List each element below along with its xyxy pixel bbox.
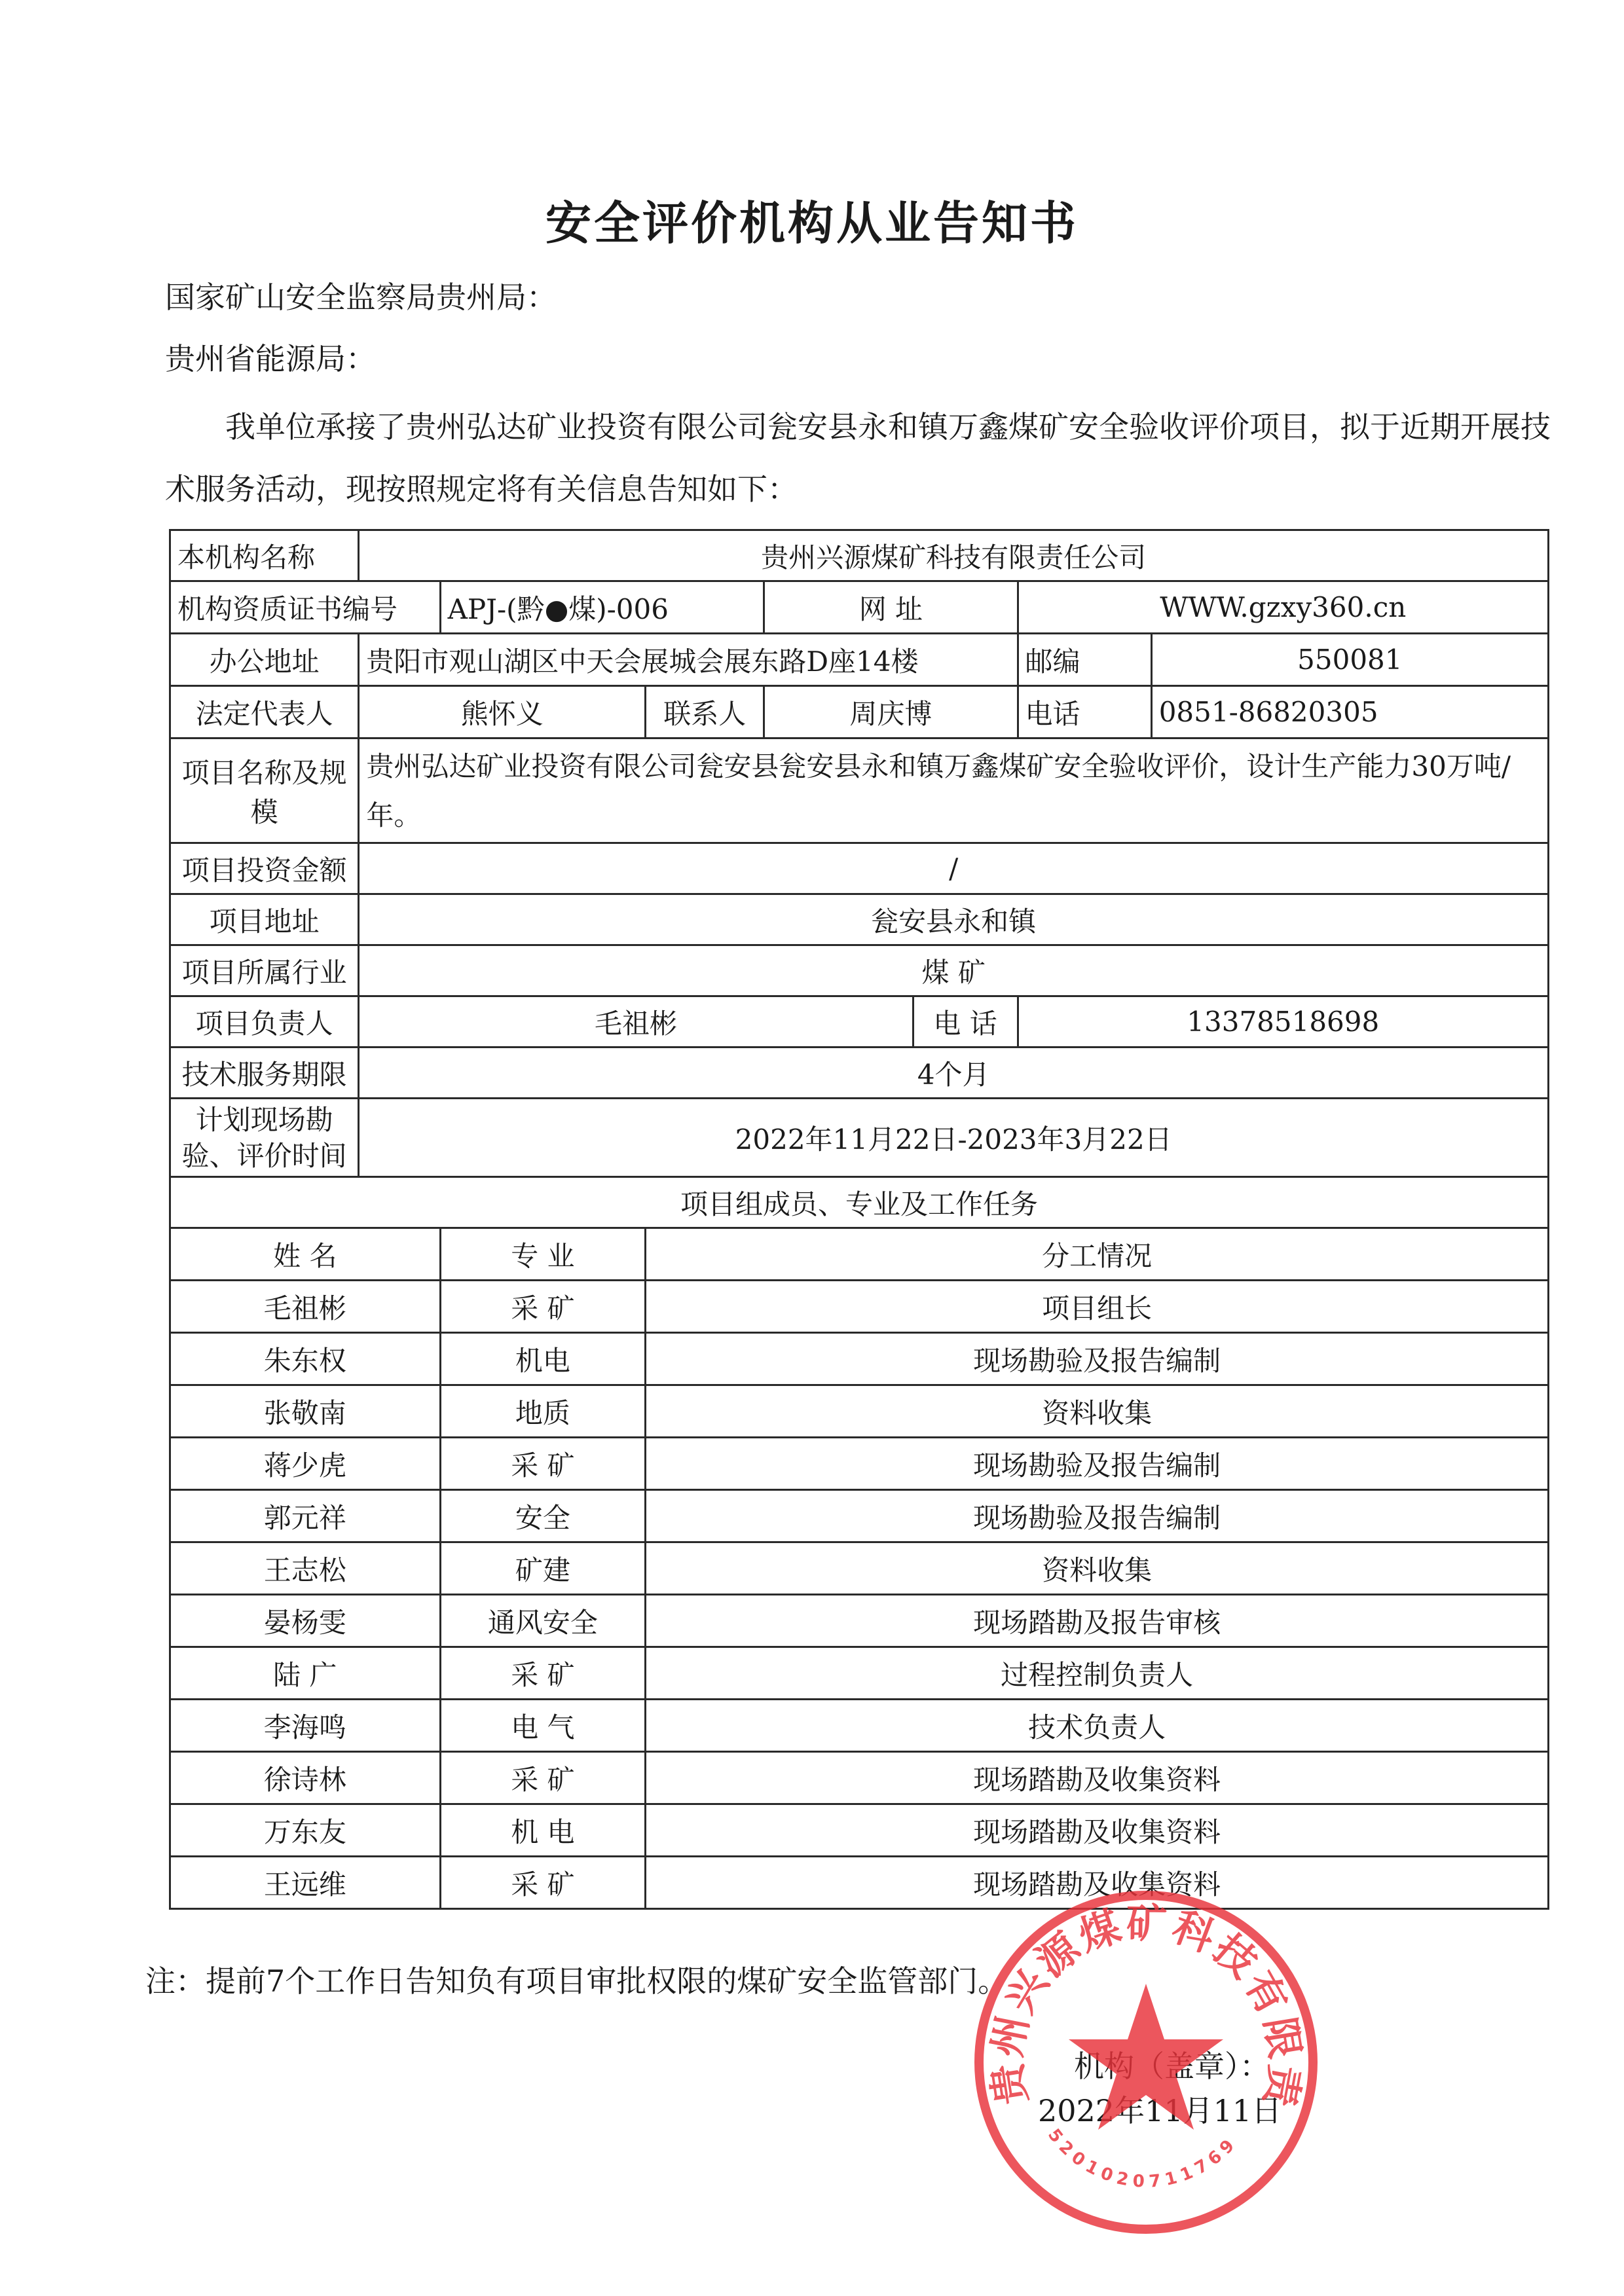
member-major: 采 矿: [440, 1438, 646, 1490]
member-major: 电 气: [440, 1700, 646, 1752]
team-header-major: 专 业: [440, 1228, 646, 1281]
member-task: 现场踏勘及收集资料: [646, 1752, 1549, 1804]
member-task: 资料收集: [646, 1385, 1549, 1438]
team-header-name: 姓 名: [170, 1228, 441, 1281]
org-name: 贵州兴源煤矿科技有限责任公司: [359, 530, 1549, 581]
member-major: 地质: [440, 1385, 646, 1438]
signature-label: 机构（盖章）：: [1074, 2043, 1270, 2086]
member-name: 李海鸣: [170, 1700, 441, 1752]
member-name: 张敬南: [170, 1385, 441, 1438]
member-name: 陆 广: [170, 1647, 441, 1700]
notice-table: 本机构名称 贵州兴源煤矿科技有限责任公司 机构资质证书编号 APJ-(黔●煤)-…: [169, 529, 1549, 1910]
member-name: 郭元祥: [170, 1490, 441, 1542]
contact-label: 联系人: [646, 686, 764, 738]
member-task: 现场勘验及报告编制: [646, 1490, 1549, 1542]
invest-label: 项目投资金额: [170, 843, 359, 894]
team-row: 朱东权机电现场勘验及报告编制: [170, 1333, 1549, 1385]
member-major: 采 矿: [440, 1752, 646, 1804]
team-row: 毛祖彬采 矿项目组长: [170, 1281, 1549, 1333]
site-label: 项目地址: [170, 894, 359, 945]
team-row: 陆 广采 矿过程控制负责人: [170, 1647, 1549, 1700]
industry: 煤 矿: [359, 945, 1549, 996]
zip-label: 邮编: [1018, 634, 1151, 686]
org-name-label: 本机构名称: [170, 530, 359, 581]
phone: 0851-86820305: [1151, 686, 1548, 738]
invest-amount: /: [359, 843, 1549, 894]
member-name: 朱东权: [170, 1333, 441, 1385]
member-task: 现场踏勘及报告审核: [646, 1595, 1549, 1647]
team-row: 晏杨雯通风安全现场踏勘及报告审核: [170, 1595, 1549, 1647]
member-name: 万东友: [170, 1804, 441, 1857]
term-label: 技术服务期限: [170, 1048, 359, 1099]
web-label: 网 址: [764, 581, 1018, 634]
member-major: 采 矿: [440, 1281, 646, 1333]
member-major: 机电: [440, 1333, 646, 1385]
member-task: 现场勘验及报告编制: [646, 1438, 1549, 1490]
intro-paragraph: 我单位承接了贵州弘达矿业投资有限公司瓮安县永和镇万鑫煤矿安全验收评价项目，拟于近…: [165, 396, 1566, 520]
industry-label: 项目所属行业: [170, 945, 359, 996]
team-row: 徐诗林采 矿现场踏勘及收集资料: [170, 1752, 1549, 1804]
team-row: 王远维采 矿现场踏勘及收集资料: [170, 1857, 1549, 1909]
team-header-task: 分工情况: [646, 1228, 1549, 1281]
cert-label: 机构资质证书编号: [170, 581, 441, 634]
team-row: 王志松矿建资料收集: [170, 1542, 1549, 1595]
team-row: 张敬南地质资料收集: [170, 1385, 1549, 1438]
member-name: 晏杨雯: [170, 1595, 441, 1647]
member-task: 技术负责人: [646, 1700, 1549, 1752]
member-major: 采 矿: [440, 1647, 646, 1700]
addressee-1: 国家矿山安全监察局贵州局：: [165, 274, 557, 317]
project-name-label: 项目名称及规模: [170, 738, 359, 843]
member-major: 采 矿: [440, 1857, 646, 1909]
member-task: 项目组长: [646, 1281, 1549, 1333]
team-row: 李海鸣电 气技术负责人: [170, 1700, 1549, 1752]
phone-label: 电话: [1018, 686, 1151, 738]
footnote: 注：提前7个工作日告知负有项目审批权限的煤矿安全监管部门。: [145, 1958, 1008, 2001]
website: WWW.gzxy360.cn: [1018, 581, 1548, 634]
member-task: 现场踏勘及收集资料: [646, 1804, 1549, 1857]
signature-date: 2022年11月11日: [1038, 2087, 1282, 2130]
member-major: 机 电: [440, 1804, 646, 1857]
contact-person: 周庆博: [764, 686, 1018, 738]
member-major: 通风安全: [440, 1595, 646, 1647]
team-section-title: 项目组成员、专业及工作任务: [170, 1177, 1549, 1228]
project-name: 贵州弘达矿业投资有限公司瓮安县瓮安县永和镇万鑫煤矿安全验收评价，设计生产能力30…: [359, 738, 1549, 843]
svg-text:5201020711769: 5201020711769: [1044, 2125, 1242, 2192]
member-task: 现场勘验及报告编制: [646, 1333, 1549, 1385]
legal-label: 法定代表人: [170, 686, 359, 738]
service-term: 4个月: [359, 1048, 1549, 1099]
project-leader: 毛祖彬: [359, 996, 913, 1048]
member-name: 王远维: [170, 1857, 441, 1909]
office-label: 办公地址: [170, 634, 359, 686]
leader-phone-label: 电 话: [913, 996, 1018, 1048]
leader-phone: 13378518698: [1018, 996, 1548, 1048]
zip-code: 550081: [1151, 634, 1548, 686]
schedule: 2022年11月22日-2023年3月22日: [359, 1099, 1549, 1177]
addressee-2: 贵州省能源局：: [165, 335, 376, 378]
leader-label: 项目负责人: [170, 996, 359, 1048]
schedule-label: 计划现场勘验、评价时间: [170, 1099, 359, 1177]
member-name: 毛祖彬: [170, 1281, 441, 1333]
member-task: 现场踏勘及收集资料: [646, 1857, 1549, 1909]
office-address: 贵阳市观山湖区中天会展城会展东路D座14楼: [359, 634, 1018, 686]
team-row: 蒋少虎采 矿现场勘验及报告编制: [170, 1438, 1549, 1490]
project-site: 瓮安县永和镇: [359, 894, 1549, 945]
team-row: 郭元祥安全现场勘验及报告编制: [170, 1490, 1549, 1542]
legal-rep: 熊怀义: [359, 686, 646, 738]
member-task: 资料收集: [646, 1542, 1549, 1595]
team-row: 万东友机 电现场踏勘及收集资料: [170, 1804, 1549, 1857]
member-name: 蒋少虎: [170, 1438, 441, 1490]
member-task: 过程控制负责人: [646, 1647, 1549, 1700]
member-major: 安全: [440, 1490, 646, 1542]
document-title: 安全评价机构从业告知书: [0, 187, 1624, 253]
cert-number: APJ-(黔●煤)-006: [440, 581, 764, 634]
member-major: 矿建: [440, 1542, 646, 1595]
member-name: 王志松: [170, 1542, 441, 1595]
member-name: 徐诗林: [170, 1752, 441, 1804]
